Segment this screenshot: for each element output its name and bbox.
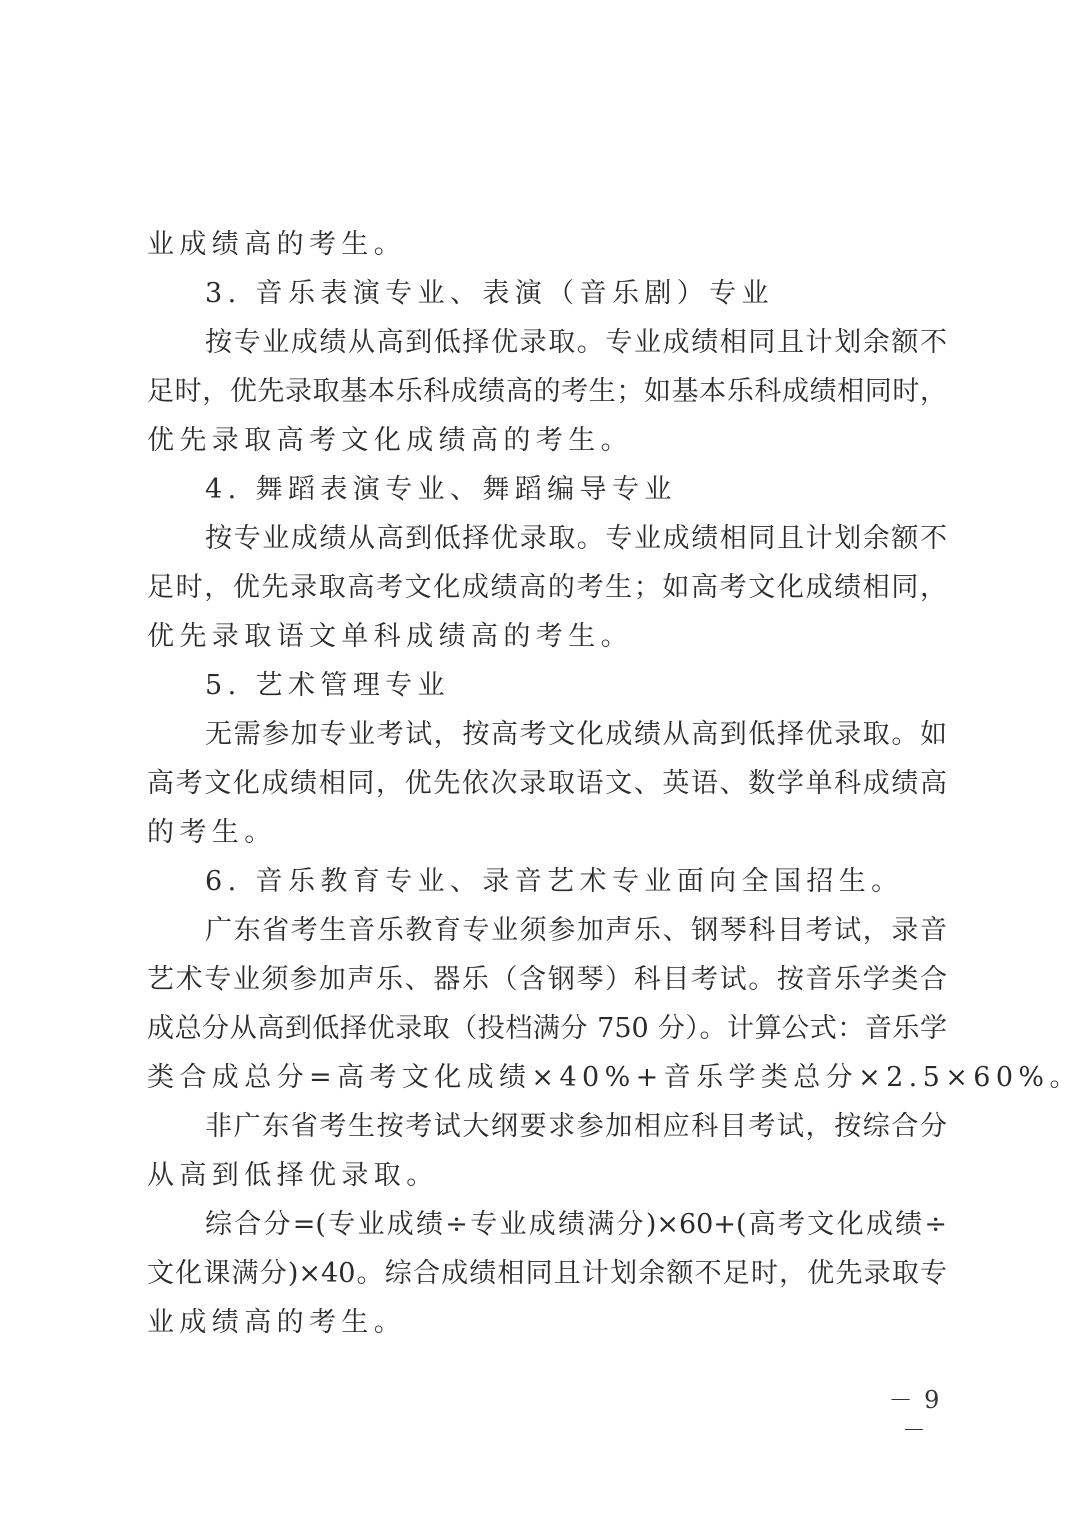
paragraph-line: 优先录取语文单科成绩高的考生。 [147,612,947,661]
paragraph-line: 按专业成绩从高到低择优录取。专业成绩相同且计划余额不 [147,318,947,367]
paragraph-line: 高考文化成绩相同，优先依次录取语文、英语、数学单科成绩高 [147,759,947,808]
paragraph-line: 足时，优先录取基本乐科成绩高的考生；如基本乐科成绩相同时， [147,367,947,416]
paragraph-line: 无需参加专业考试，按高考文化成绩从高到低择优录取。如 [147,710,947,759]
paragraph-line: 优先录取高考文化成绩高的考生。 [147,416,947,465]
paragraph-line: 从高到低择优录取。 [147,1151,947,1200]
paragraph-line: 艺术专业须参加声乐、器乐（含钢琴）科目考试。按音乐学类合 [147,955,947,1004]
section-heading-6: 6. 音乐教育专业、录音艺术专业面向全国招生。 [147,857,947,906]
paragraph-line: 业成绩高的考生。 [147,1298,947,1347]
page-number: － 9 － [880,1385,950,1445]
formula-line: 综合分=(专业成绩÷专业成绩满分)×60+(高考文化成绩÷ [147,1200,947,1249]
paragraph-line: 广东省考生音乐教育专业须参加声乐、钢琴科目考试，录音 [147,906,947,955]
formula-line: 类合成总分=高考文化成绩×40%+音乐学类总分×2.5×60%。 [147,1053,947,1102]
paragraph-line-continuation: 业成绩高的考生。 [147,220,947,269]
paragraph-line: 的考生。 [147,808,947,857]
section-heading-4: 4. 舞蹈表演专业、舞蹈编导专业 [147,465,947,514]
document-page: 业成绩高的考生。 3. 音乐表演专业、表演（音乐剧）专业 按专业成绩从高到低择优… [0,0,1080,1528]
paragraph-line: 文化课满分)×40。综合成绩相同且计划余额不足时，优先录取专 [147,1249,947,1298]
paragraph-line: 成总分从高到低择优录取（投档满分 750 分）。计算公式：音乐学 [147,1004,947,1053]
section-heading-3: 3. 音乐表演专业、表演（音乐剧）专业 [147,269,947,318]
paragraph-line: 足时，优先录取高考文化成绩高的考生；如高考文化成绩相同， [147,563,947,612]
paragraph-line: 按专业成绩从高到低择优录取。专业成绩相同且计划余额不 [147,514,947,563]
section-heading-5: 5. 艺术管理专业 [147,661,947,710]
paragraph-line: 非广东省考生按考试大纲要求参加相应科目考试，按综合分 [147,1102,947,1151]
body-text: 业成绩高的考生。 3. 音乐表演专业、表演（音乐剧）专业 按专业成绩从高到低择优… [147,220,947,1347]
